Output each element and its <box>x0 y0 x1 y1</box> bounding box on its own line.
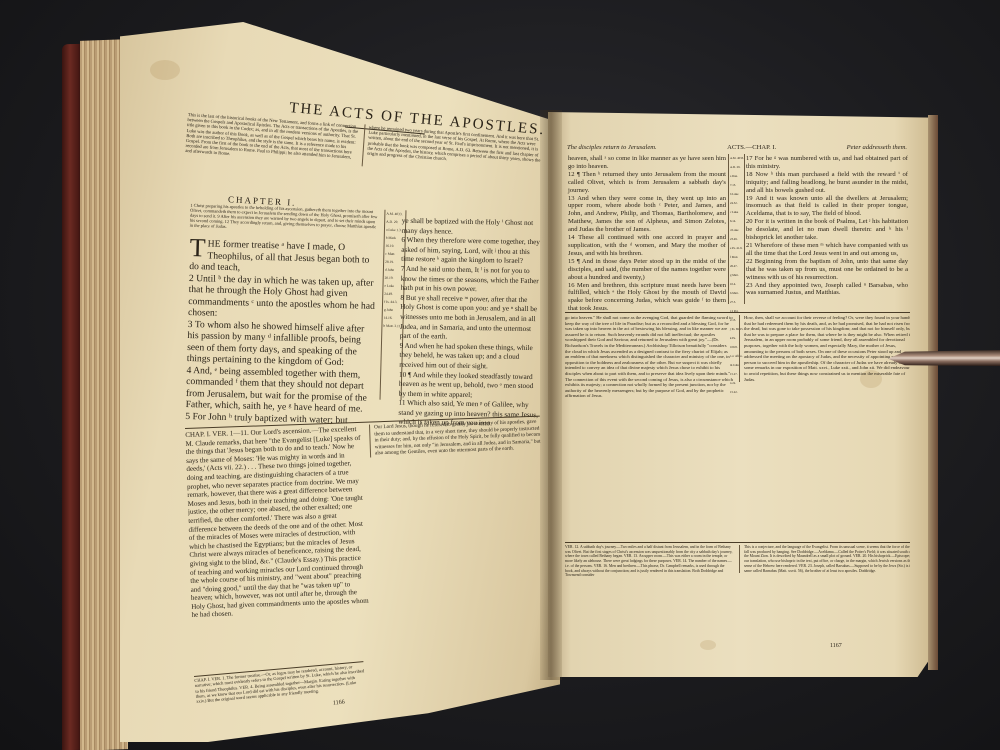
verse-18: 18 Now ʰ this man purchased a field with… <box>746 171 908 195</box>
commentary-column-2: How, then, shall we account for their re… <box>739 315 910 382</box>
foxing-stain <box>150 60 180 80</box>
footnote-column-1: VER. 12. A sabbath day's journey.—Two mi… <box>565 545 733 578</box>
verse-13: 13 And when they were come in, they went… <box>568 195 726 235</box>
right-margin-references: A.M. 4033. A.D. 29. a Dan. 7.13. b Luke … <box>728 154 745 304</box>
verse-23: 23 And they appointed two, Joseph called… <box>746 282 908 298</box>
commentary-column-1: go into heaven." He shall not come as th… <box>565 315 733 399</box>
right-verses-column-1: heaven, shall ᵃ so come in like manner a… <box>568 155 726 313</box>
verse-22: 22 Beginning from the baptism of John, u… <box>746 258 908 282</box>
running-head-left: The disciples return to Jerusalem. <box>567 144 657 151</box>
verse-17: 17 For he ᵍ was numbered with us, and ha… <box>746 155 908 171</box>
verse-14: 14 These all continued with one accord i… <box>568 234 726 258</box>
right-footnotes: VER. 12. A sabbath day's journey.—Two mi… <box>565 542 910 635</box>
verse-2: 2 Until ᵇ the day in which he was taken … <box>188 272 377 323</box>
right-verses-column-2: 17 For he ᵍ was numbered with us, and ha… <box>746 155 908 297</box>
verse-9: 9 And when he had spoken these things, w… <box>399 341 541 372</box>
verse-3: 3 To whom also he showed himself alive a… <box>187 318 376 369</box>
commentary-column-2: Our Lord Jesus, though he refused to gra… <box>369 418 545 457</box>
right-page-edges <box>928 115 938 670</box>
metal-pointer <box>888 350 1000 366</box>
verse-12: 12 ¶ Then ᵇ returned they unto Jerusalem… <box>568 171 726 195</box>
verse-21: 21 Wherefore of these men ᵐ which have c… <box>746 242 908 258</box>
left-verses-column-1: THE former treatise ᵃ have I made, O The… <box>185 238 378 427</box>
verse-16: 16 Men and brethren, this scripture must… <box>568 282 726 314</box>
verse-5-cont: ye shall be baptized with the Holy ⁱ Gho… <box>402 217 544 239</box>
verse-20: 20 For it is written in the book of Psal… <box>746 218 908 242</box>
verse-6: 6 When they therefore were come together… <box>401 236 543 267</box>
running-head-right: Peter addresseth them. <box>847 144 907 151</box>
left-page-number: 1166 <box>333 699 345 706</box>
right-commentary: go into heaven." He shall not come as th… <box>565 312 910 545</box>
foxing-stain <box>700 640 716 650</box>
right-page-number: 1167 <box>830 643 842 649</box>
verse-4: 4 And, ᵉ being assembled together with t… <box>185 364 374 415</box>
verse-15: 15 ¶ And in those days Peter stood up in… <box>568 258 726 282</box>
verse-8: 8 But ye shall receive ᵐ power, after th… <box>400 294 543 344</box>
verse-1: THE former treatise ᵃ have I made, O The… <box>189 238 378 277</box>
verse-11-cont: heaven, shall ᵃ so come in like manner a… <box>568 155 726 171</box>
leather-cover-spine <box>62 44 82 750</box>
verse-19: 19 And it was known unto all the dweller… <box>746 195 908 219</box>
running-head: The disciples return to Jerusalem. ACTS.… <box>567 144 907 151</box>
verse-10: 10 ¶ And while they looked steadfastly t… <box>399 370 541 401</box>
footnote-column-2: This is a conjecture, and the language o… <box>739 545 910 573</box>
left-verses-column-2: ye shall be baptized with the Holy ⁱ Gho… <box>398 217 544 431</box>
verse-7: 7 And he said unto them, It ˡ is not for… <box>401 265 543 296</box>
drop-cap: T <box>189 238 205 258</box>
running-head-center: ACTS.—CHAP. I. <box>727 144 776 151</box>
left-commentary: CHAP. I. VER. 1—11. Our Lord's ascension… <box>185 416 547 641</box>
commentary-column-1: CHAP. I. VER. 1—11. Our Lord's ascension… <box>185 425 369 620</box>
